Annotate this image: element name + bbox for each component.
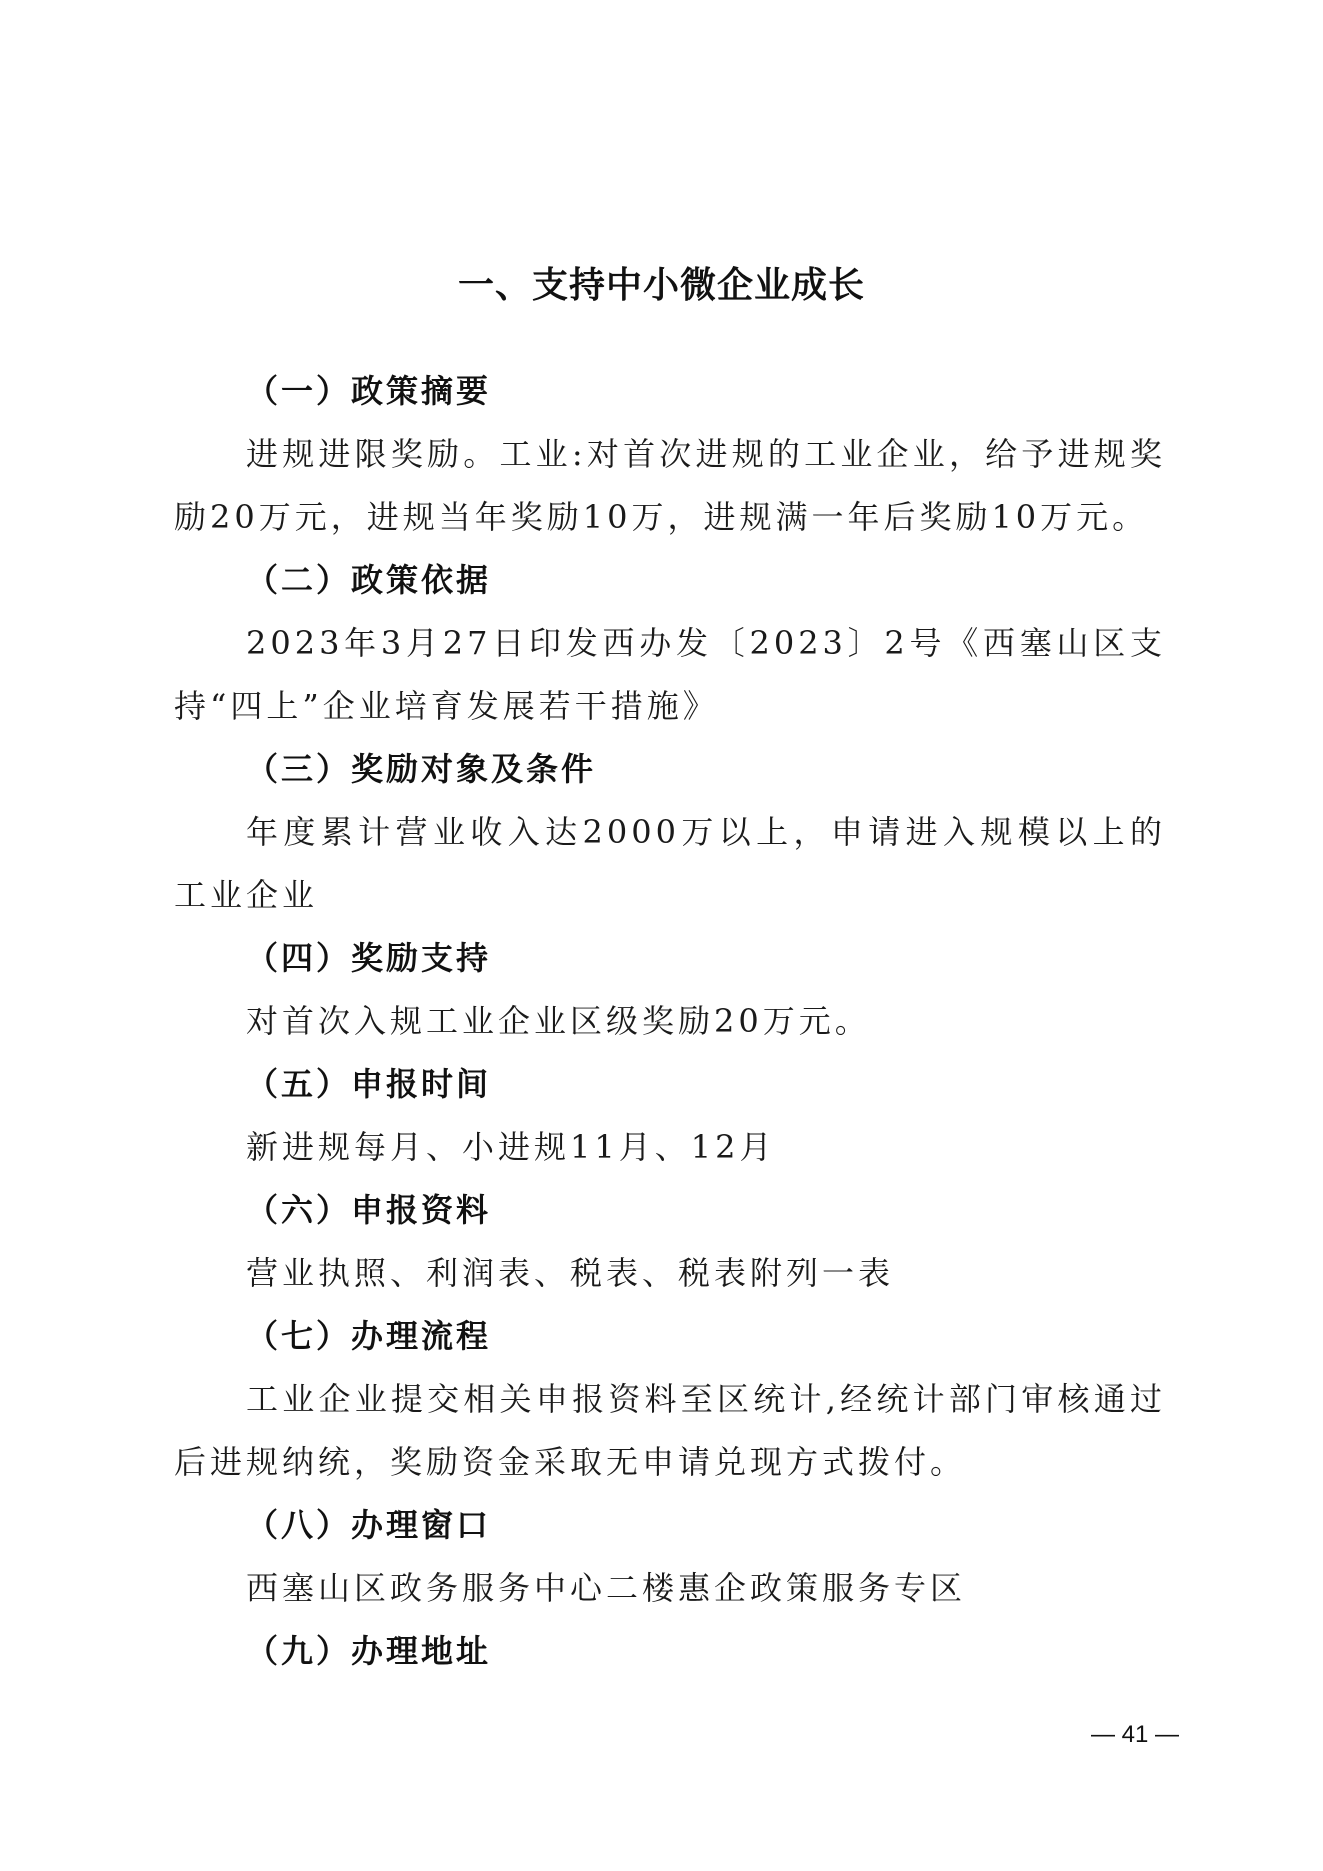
section-text: 西塞山区政务服务中心二楼惠企政策服务专区: [174, 1557, 1166, 1620]
page-number: — 41 —: [1080, 1720, 1190, 1750]
section-policy-summary: （一）政策摘要 进规进限奖励。工业:对首次进规的工业企业，给予进规奖励20万元，…: [174, 360, 1166, 549]
section-heading: （二）政策依据: [174, 549, 1166, 612]
section-heading: （九）办理地址: [174, 1620, 1166, 1683]
section-heading: （一）政策摘要: [174, 360, 1166, 423]
section-eligibility: （三）奖励对象及条件 年度累计营业收入达2000万以上，申请进入规模以上的工业企…: [174, 738, 1166, 927]
section-text: 工业企业提交相关申报资料至区统计,经统计部门审核通过后进规纳统，奖励资金采取无申…: [174, 1368, 1166, 1494]
page-title: 一、支持中小微企业成长: [0, 262, 1323, 310]
section-address: （九）办理地址: [174, 1620, 1166, 1683]
section-heading: （七）办理流程: [174, 1305, 1166, 1368]
section-reward-support: （四）奖励支持 对首次入规工业企业区级奖励20万元。: [174, 927, 1166, 1053]
section-heading: （八）办理窗口: [174, 1494, 1166, 1557]
section-text: 进规进限奖励。工业:对首次进规的工业企业，给予进规奖励20万元，进规当年奖励10…: [174, 423, 1166, 549]
section-heading: （三）奖励对象及条件: [174, 738, 1166, 801]
section-text: 新进规每月、小进规11月、12月: [174, 1116, 1166, 1179]
section-text: 对首次入规工业企业区级奖励20万元。: [174, 990, 1166, 1053]
section-application-materials: （六）申报资料 营业执照、利润表、税表、税表附列一表: [174, 1179, 1166, 1305]
section-heading: （四）奖励支持: [174, 927, 1166, 990]
section-text: 营业执照、利润表、税表、税表附列一表: [174, 1242, 1166, 1305]
section-heading: （五）申报时间: [174, 1053, 1166, 1116]
document-page: 一、支持中小微企业成长 （一）政策摘要 进规进限奖励。工业:对首次进规的工业企业…: [0, 0, 1323, 1871]
section-policy-basis: （二）政策依据 2023年3月27日印发西办发〔2023〕2号《西塞山区支持“四…: [174, 549, 1166, 738]
section-service-window: （八）办理窗口 西塞山区政务服务中心二楼惠企政策服务专区: [174, 1494, 1166, 1620]
document-body: （一）政策摘要 进规进限奖励。工业:对首次进规的工业企业，给予进规奖励20万元，…: [174, 360, 1166, 1683]
section-text: 2023年3月27日印发西办发〔2023〕2号《西塞山区支持“四上”企业培育发展…: [174, 612, 1166, 738]
section-text: 年度累计营业收入达2000万以上，申请进入规模以上的工业企业: [174, 801, 1166, 927]
section-heading: （六）申报资料: [174, 1179, 1166, 1242]
section-process: （七）办理流程 工业企业提交相关申报资料至区统计,经统计部门审核通过后进规纳统，…: [174, 1305, 1166, 1494]
section-application-time: （五）申报时间 新进规每月、小进规11月、12月: [174, 1053, 1166, 1179]
